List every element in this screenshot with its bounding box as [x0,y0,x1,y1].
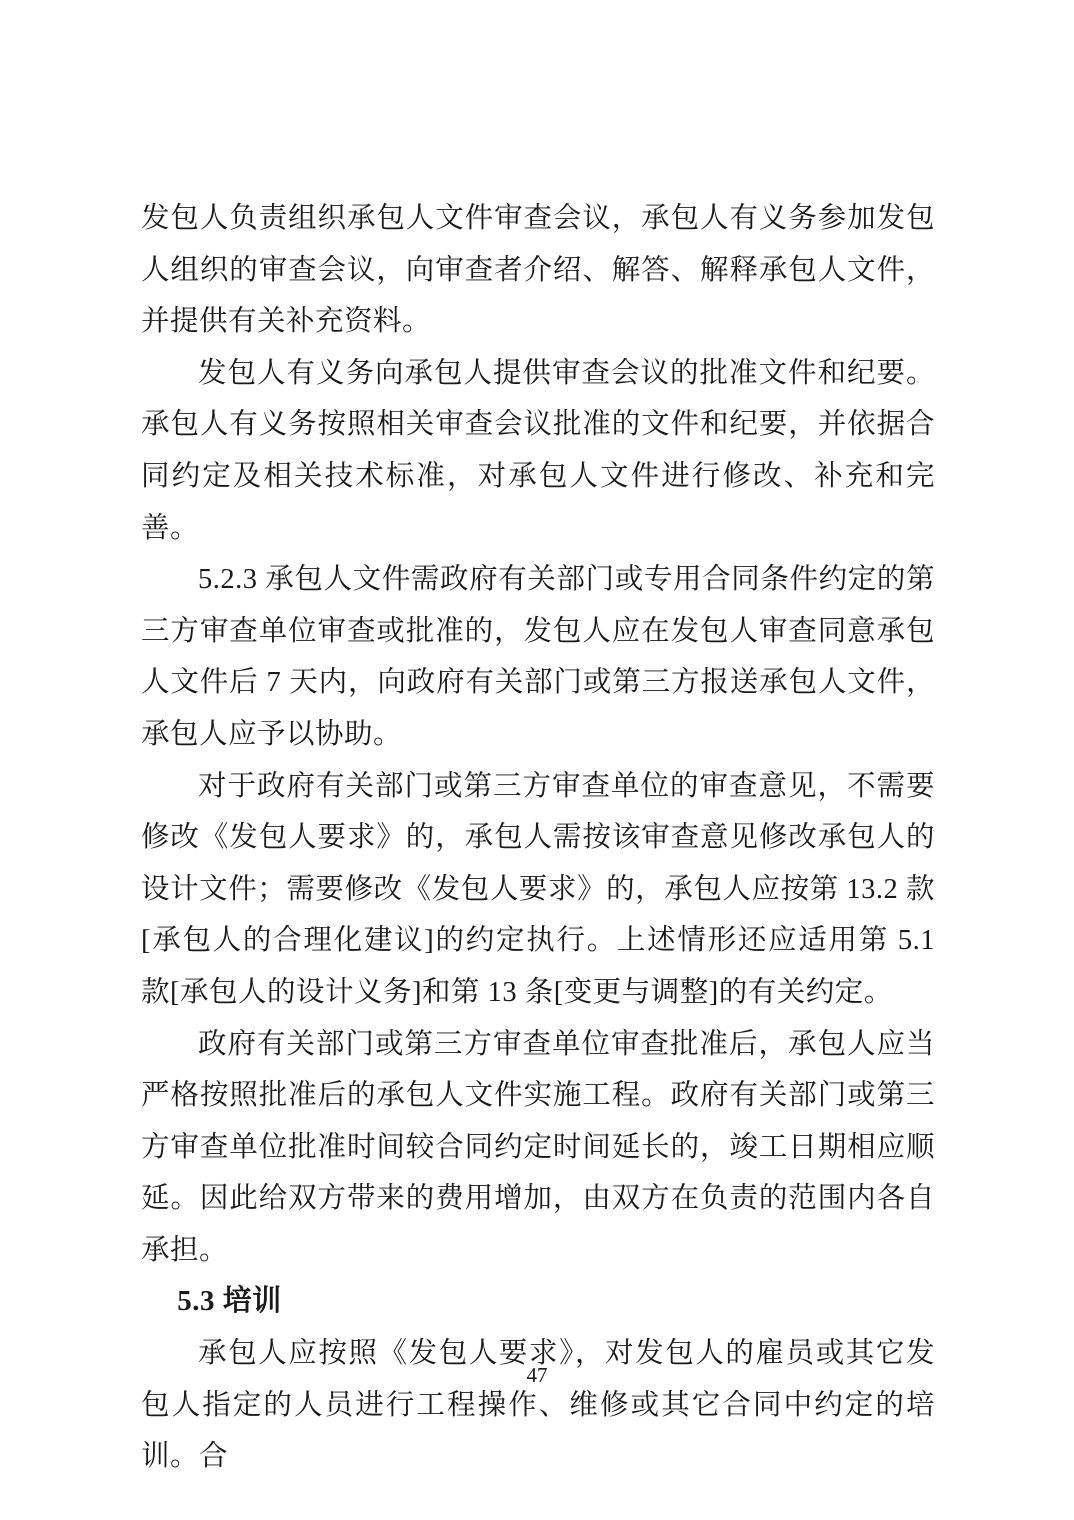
document-body: 发包人负责组织承包人文件审查会议，承包人有义务参加发包人组织的审查会议，向审查者… [141,193,935,1483]
paragraph: 政府有关部门或第三方审查单位审查批准后，承包人应当严格按照批准后的承包人文件实施… [141,1019,935,1277]
section-heading-5-3: 5.3 培训 [141,1276,935,1328]
paragraph: 承包人应按照《发包人要求》，对发包人的雇员或其它发包人指定的人员进行工程操作、维… [141,1328,935,1483]
page-number: 47 [0,1360,1074,1390]
paragraph: 发包人有义务向承包人提供审查会议的批准文件和纪要。承包人有义务按照相关审查会议批… [141,348,935,554]
paragraph-clause-5-2-3: 5.2.3 承包人文件需政府有关部门或专用合同条件约定的第三方审查单位审查或批准… [141,554,935,760]
document-page: 发包人负责组织承包人文件审查会议，承包人有义务参加发包人组织的审查会议，向审查者… [0,0,1074,1520]
paragraph: 对于政府有关部门或第三方审查单位的审查意见，不需要修改《发包人要求》的，承包人需… [141,761,935,1019]
paragraph-continuation: 发包人负责组织承包人文件审查会议，承包人有义务参加发包人组织的审查会议，向审查者… [141,193,935,348]
